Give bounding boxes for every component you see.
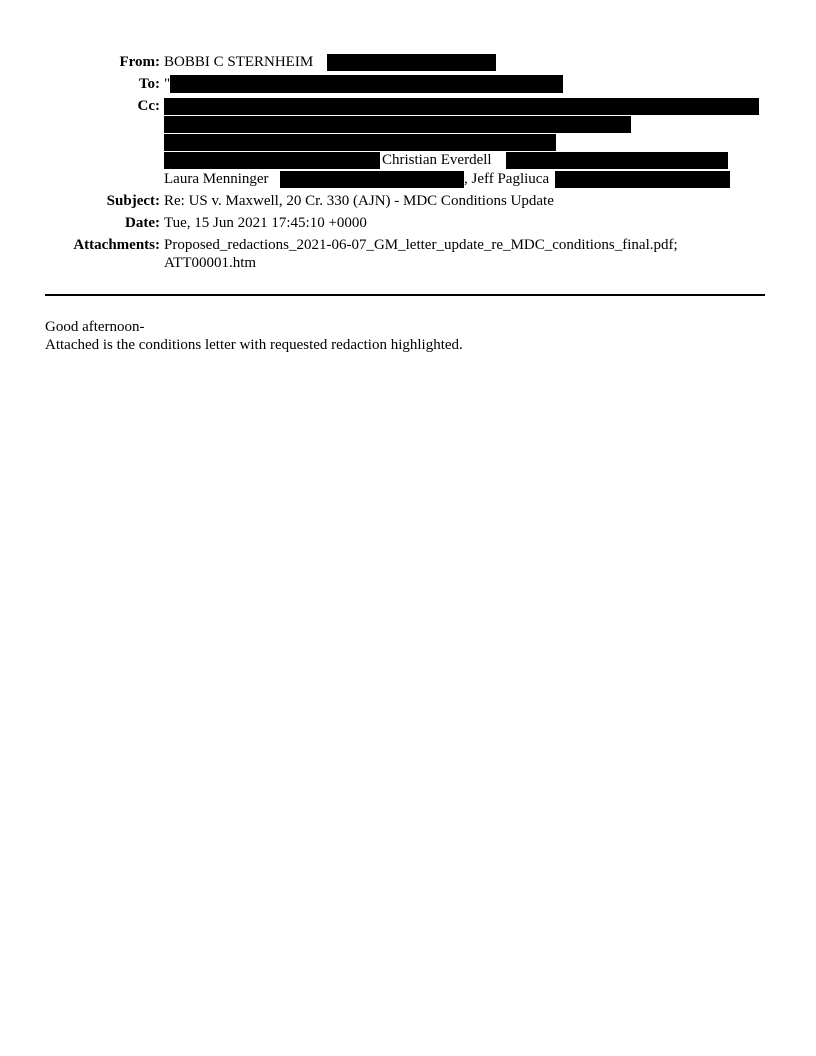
redaction-bar	[506, 152, 728, 169]
subject-label: Subject:	[107, 192, 160, 211]
email-body: Good afternoon- Attached is the conditio…	[45, 318, 463, 354]
cc-name-laura-menninger: Laura Menninger	[164, 170, 269, 189]
redaction-bar	[555, 171, 730, 188]
to-label: To:	[139, 75, 160, 94]
redaction-bar	[164, 134, 556, 151]
header-divider	[45, 294, 765, 296]
date-value: Tue, 15 Jun 2021 17:45:10 +0000	[164, 214, 367, 233]
subject-value: Re: US v. Maxwell, 20 Cr. 330 (AJN) - MD…	[164, 192, 554, 211]
date-label: Date:	[125, 214, 160, 233]
from-name: BOBBI C STERNHEIM	[164, 53, 313, 72]
redaction-bar	[280, 171, 464, 188]
redaction-bar	[164, 116, 631, 133]
attachment-htm[interactable]: ATT00001.htm	[164, 254, 256, 273]
redaction-bar	[327, 54, 496, 71]
redaction-bar	[164, 98, 759, 115]
cc-name-christian-everdell: Christian Everdell	[382, 151, 492, 170]
body-line-greeting: Good afternoon-	[45, 318, 463, 336]
attachment-pdf[interactable]: Proposed_redactions_2021-06-07_GM_letter…	[164, 236, 678, 255]
cc-name-jeff-pagliuca: , Jeff Pagliuca	[464, 170, 549, 189]
attachments-label: Attachments:	[73, 236, 160, 255]
redaction-bar	[170, 75, 563, 93]
cc-label: Cc:	[138, 97, 161, 116]
body-line-message: Attached is the conditions letter with r…	[45, 336, 463, 354]
redaction-bar	[164, 152, 380, 169]
from-label: From:	[119, 53, 160, 72]
